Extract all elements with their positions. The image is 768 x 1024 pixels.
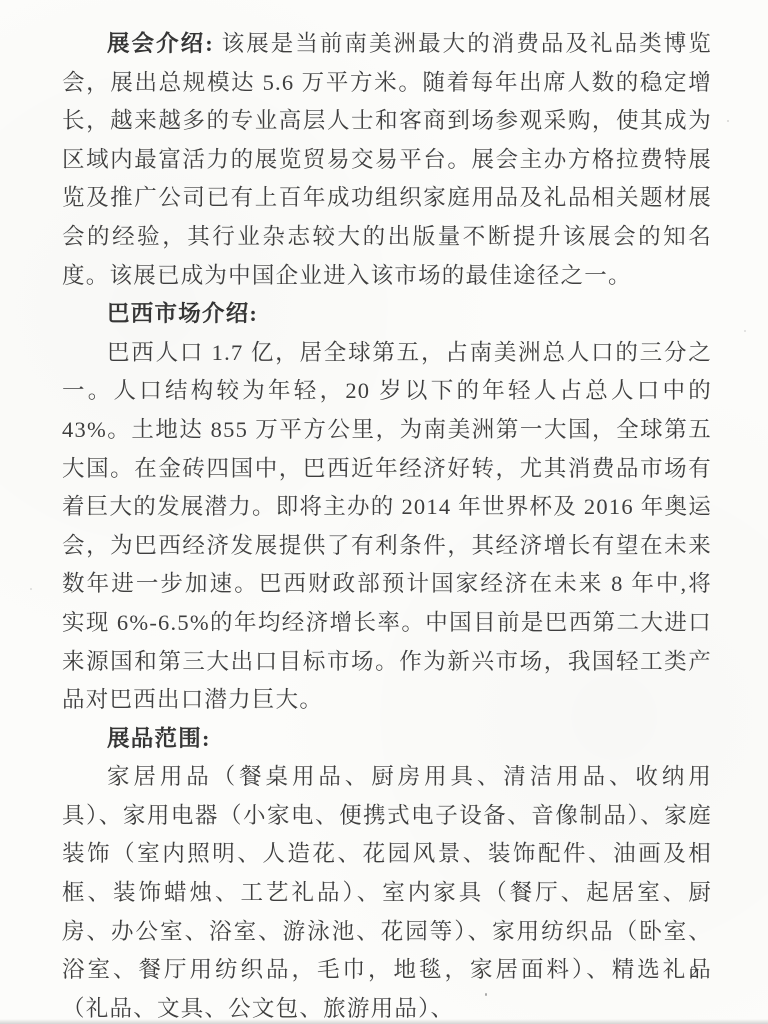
exhibition-intro-heading: 展会介绍: xyxy=(107,31,214,56)
scanned-document-page: 展会介绍: 该展是当前南美洲最大的消费品及礼品类博览会，展出总规模达 5.6 万… xyxy=(0,0,768,1024)
document-body: 展会介绍: 该展是当前南美洲最大的消费品及礼品类博览会，展出总规模达 5.6 万… xyxy=(62,25,712,1024)
exhibition-intro-text: 该展是当前南美洲最大的消费品及礼品类博览会，展出总规模达 5.6 万平方米。随着… xyxy=(62,31,712,288)
brazil-market-text: 巴西人口 1.7 亿，居全球第五，占南美洲总人口的三分之一。人口结构较为年轻，2… xyxy=(62,334,712,720)
exhibit-scope-text: 家居用品（餐桌用品、厨房用具、清洁用品、收纳用具）、家用电器（小家电、便携式电子… xyxy=(62,758,712,1024)
scan-speck xyxy=(485,993,487,996)
exhibit-scope-heading: 展品范围: xyxy=(62,720,712,759)
paragraph-exhibition-intro: 展会介绍: 该展是当前南美洲最大的消费品及礼品类博览会，展出总规模达 5.6 万… xyxy=(62,25,712,295)
page-number: 2 xyxy=(690,964,698,982)
brazil-market-heading: 巴西市场介绍: xyxy=(62,295,712,334)
scan-speck xyxy=(727,120,729,122)
scan-bottom-edge-shadow xyxy=(0,1019,768,1024)
scan-speck xyxy=(73,75,76,78)
scan-speck xyxy=(552,430,554,432)
scan-speck xyxy=(744,330,746,332)
scan-speck xyxy=(30,588,32,590)
